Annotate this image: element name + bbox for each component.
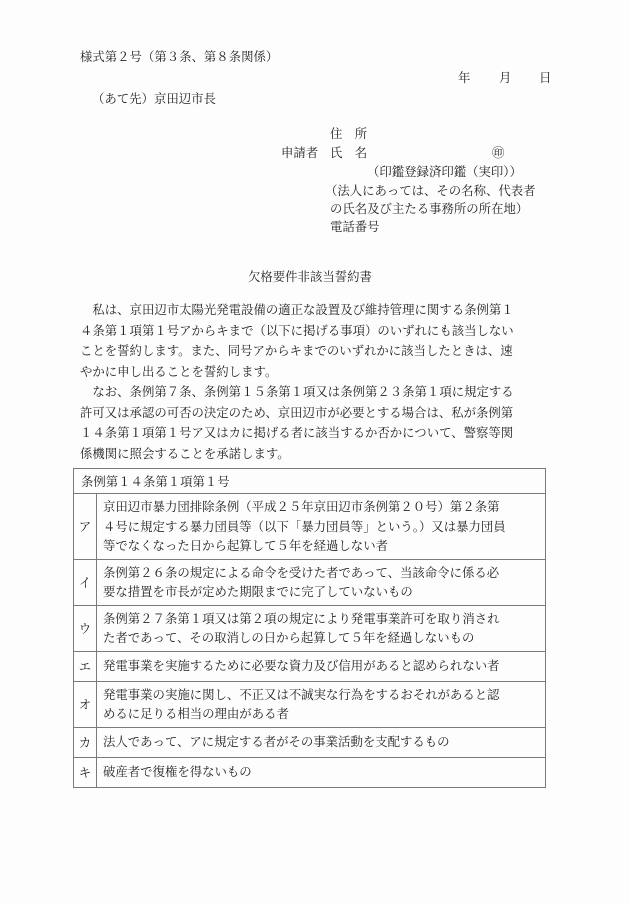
paragraph-line: 私は、京田辺市太陽光発電設備の適正な設置及び維持管理に関する条例第１ — [80, 300, 550, 321]
item-text: 法人であって、アに規定する者がその事業活動を支配するもの — [97, 727, 546, 757]
item-line: 条例第２６条の規定による命令を受けた者であって、当該命令に係る必 — [103, 563, 539, 583]
table-header: 条例第１４条第１項第１号 — [74, 469, 546, 494]
item-line: ４号に規定する暴力団員等（以下「暴力団員等」という。）又は暴力団員 — [103, 517, 539, 537]
item-line: 京田辺市暴力団排除条例（平成２５年京田辺市条例第２０号）第２条第 — [103, 497, 539, 517]
address-label: 住 所 — [330, 124, 367, 142]
table-row: ウ 条例第２７条第１項又は第２項の規定により発電事業許可を取り消され た者であっ… — [74, 605, 546, 651]
applicant-role-label: 申請者 — [281, 143, 318, 161]
item-line: 破産者で復権を得ないもの — [103, 762, 539, 782]
paragraph-line: なお、条例第７条、条例第１５条第１項又は条例第２３条第１項に規定する — [80, 382, 550, 403]
item-marker: キ — [74, 757, 97, 787]
phone-label: 電話番号 — [330, 217, 380, 235]
item-line: 等でなくなった日から起算して５年を経過しない者 — [103, 536, 539, 556]
paragraph-line: ことを誓約します。また、同号アからキまでのいずれかに該当したときは、速 — [80, 341, 550, 362]
table-row: カ 法人であって、アに規定する者がその事業活動を支配するもの — [74, 727, 546, 757]
paragraph-line: 許可又は承認の可否の決定のため、京田辺市が必要とする場合は、私が条例第 — [80, 403, 550, 424]
corporate-note-line-2: の氏名及び主たる事務所の所在地） — [330, 199, 528, 217]
paragraph-line: １４条第１項第１号ア又はカに掲げる者に該当するか否かについて、警察等関 — [80, 423, 550, 444]
item-marker: ウ — [74, 605, 97, 651]
item-text: 発電事業を実施するために必要な資力及び信用があると認められない者 — [97, 651, 546, 681]
pledge-paragraph-1: 私は、京田辺市太陽光発電設備の適正な設置及び維持管理に関する条例第１ ４条第１項… — [80, 300, 550, 382]
addressee: （あて先）京田辺市長 — [92, 89, 216, 107]
seal-mark: ㊞ — [492, 143, 504, 161]
item-line: 要な措置を市長が定めた期限までに完了していないもの — [103, 582, 539, 602]
table-row: エ 発電事業を実施するために必要な資力及び信用があると認められない者 — [74, 651, 546, 681]
table-row: イ 条例第２６条の規定による命令を受けた者であって、当該命令に係る必 要な措置を… — [74, 559, 546, 605]
item-text: 京田辺市暴力団排除条例（平成２５年京田辺市条例第２０号）第２条第 ４号に規定する… — [97, 494, 546, 560]
seal-note: （印鑑登録済印鑑（実印）） — [367, 162, 522, 180]
date-day-label: 日 — [539, 68, 551, 86]
table-row: オ 発電事業の実施に関し、不正又は不誠実な行為をするおそれがあると認 めるに足り… — [74, 681, 546, 727]
item-line: 法人であって、アに規定する者がその事業活動を支配するもの — [103, 732, 539, 752]
item-text: 条例第２６条の規定による命令を受けた者であって、当該命令に係る必 要な措置を市長… — [97, 559, 546, 605]
disqualification-items-table: 条例第１４条第１項第１号 ア 京田辺市暴力団排除条例（平成２５年京田辺市条例第２… — [73, 468, 546, 788]
item-marker: カ — [74, 727, 97, 757]
table-header-row: 条例第１４条第１項第１号 — [74, 469, 546, 494]
item-text: 発電事業の実施に関し、不正又は不誠実な行為をするおそれがあると認 めるに足りる相… — [97, 681, 546, 727]
paragraph-line: ４条第１項第１号アからキまで（以下に掲げる事項）のいずれにも該当しない — [80, 321, 550, 342]
document-title: 欠格要件非該当誓約書 — [248, 267, 372, 285]
item-marker: ア — [74, 494, 97, 560]
corporate-note-line-1: （法人にあっては、その名称、代表者 — [325, 181, 536, 199]
date-month-label: 月 — [499, 68, 511, 86]
consent-paragraph-2: なお、条例第７条、条例第１５条第１項又は条例第２３条第１項に規定する 許可又は承… — [80, 382, 550, 464]
table-row: ア 京田辺市暴力団排除条例（平成２５年京田辺市条例第２０号）第２条第 ４号に規定… — [74, 494, 546, 560]
item-marker: オ — [74, 681, 97, 727]
item-marker: イ — [74, 559, 97, 605]
item-line: た者であって、その取消しの日から起算して５年を経過しないもの — [103, 628, 539, 648]
paragraph-line: 係機関に照会することを承諾します。 — [80, 444, 550, 465]
paragraph-line: やかに申し出ることを誓約します。 — [80, 362, 550, 383]
item-line: 条例第２７条第１項又は第２項の規定により発電事業許可を取り消され — [103, 609, 539, 629]
item-line: 発電事業の実施に関し、不正又は不誠実な行為をするおそれがあると認 — [103, 685, 539, 705]
item-text: 条例第２７条第１項又は第２項の規定により発電事業許可を取り消され た者であって、… — [97, 605, 546, 651]
item-line: めるに足りる相当の理由がある者 — [103, 704, 539, 724]
item-line: 発電事業を実施するために必要な資力及び信用があると認められない者 — [103, 656, 539, 676]
item-text: 破産者で復権を得ないもの — [97, 757, 546, 787]
name-label: 氏 名 — [330, 143, 367, 161]
form-number: 様式第２号（第３条、第８条関係） — [80, 47, 278, 65]
item-marker: エ — [74, 651, 97, 681]
date-year-label: 年 — [458, 68, 470, 86]
table-row: キ 破産者で復権を得ないもの — [74, 757, 546, 787]
